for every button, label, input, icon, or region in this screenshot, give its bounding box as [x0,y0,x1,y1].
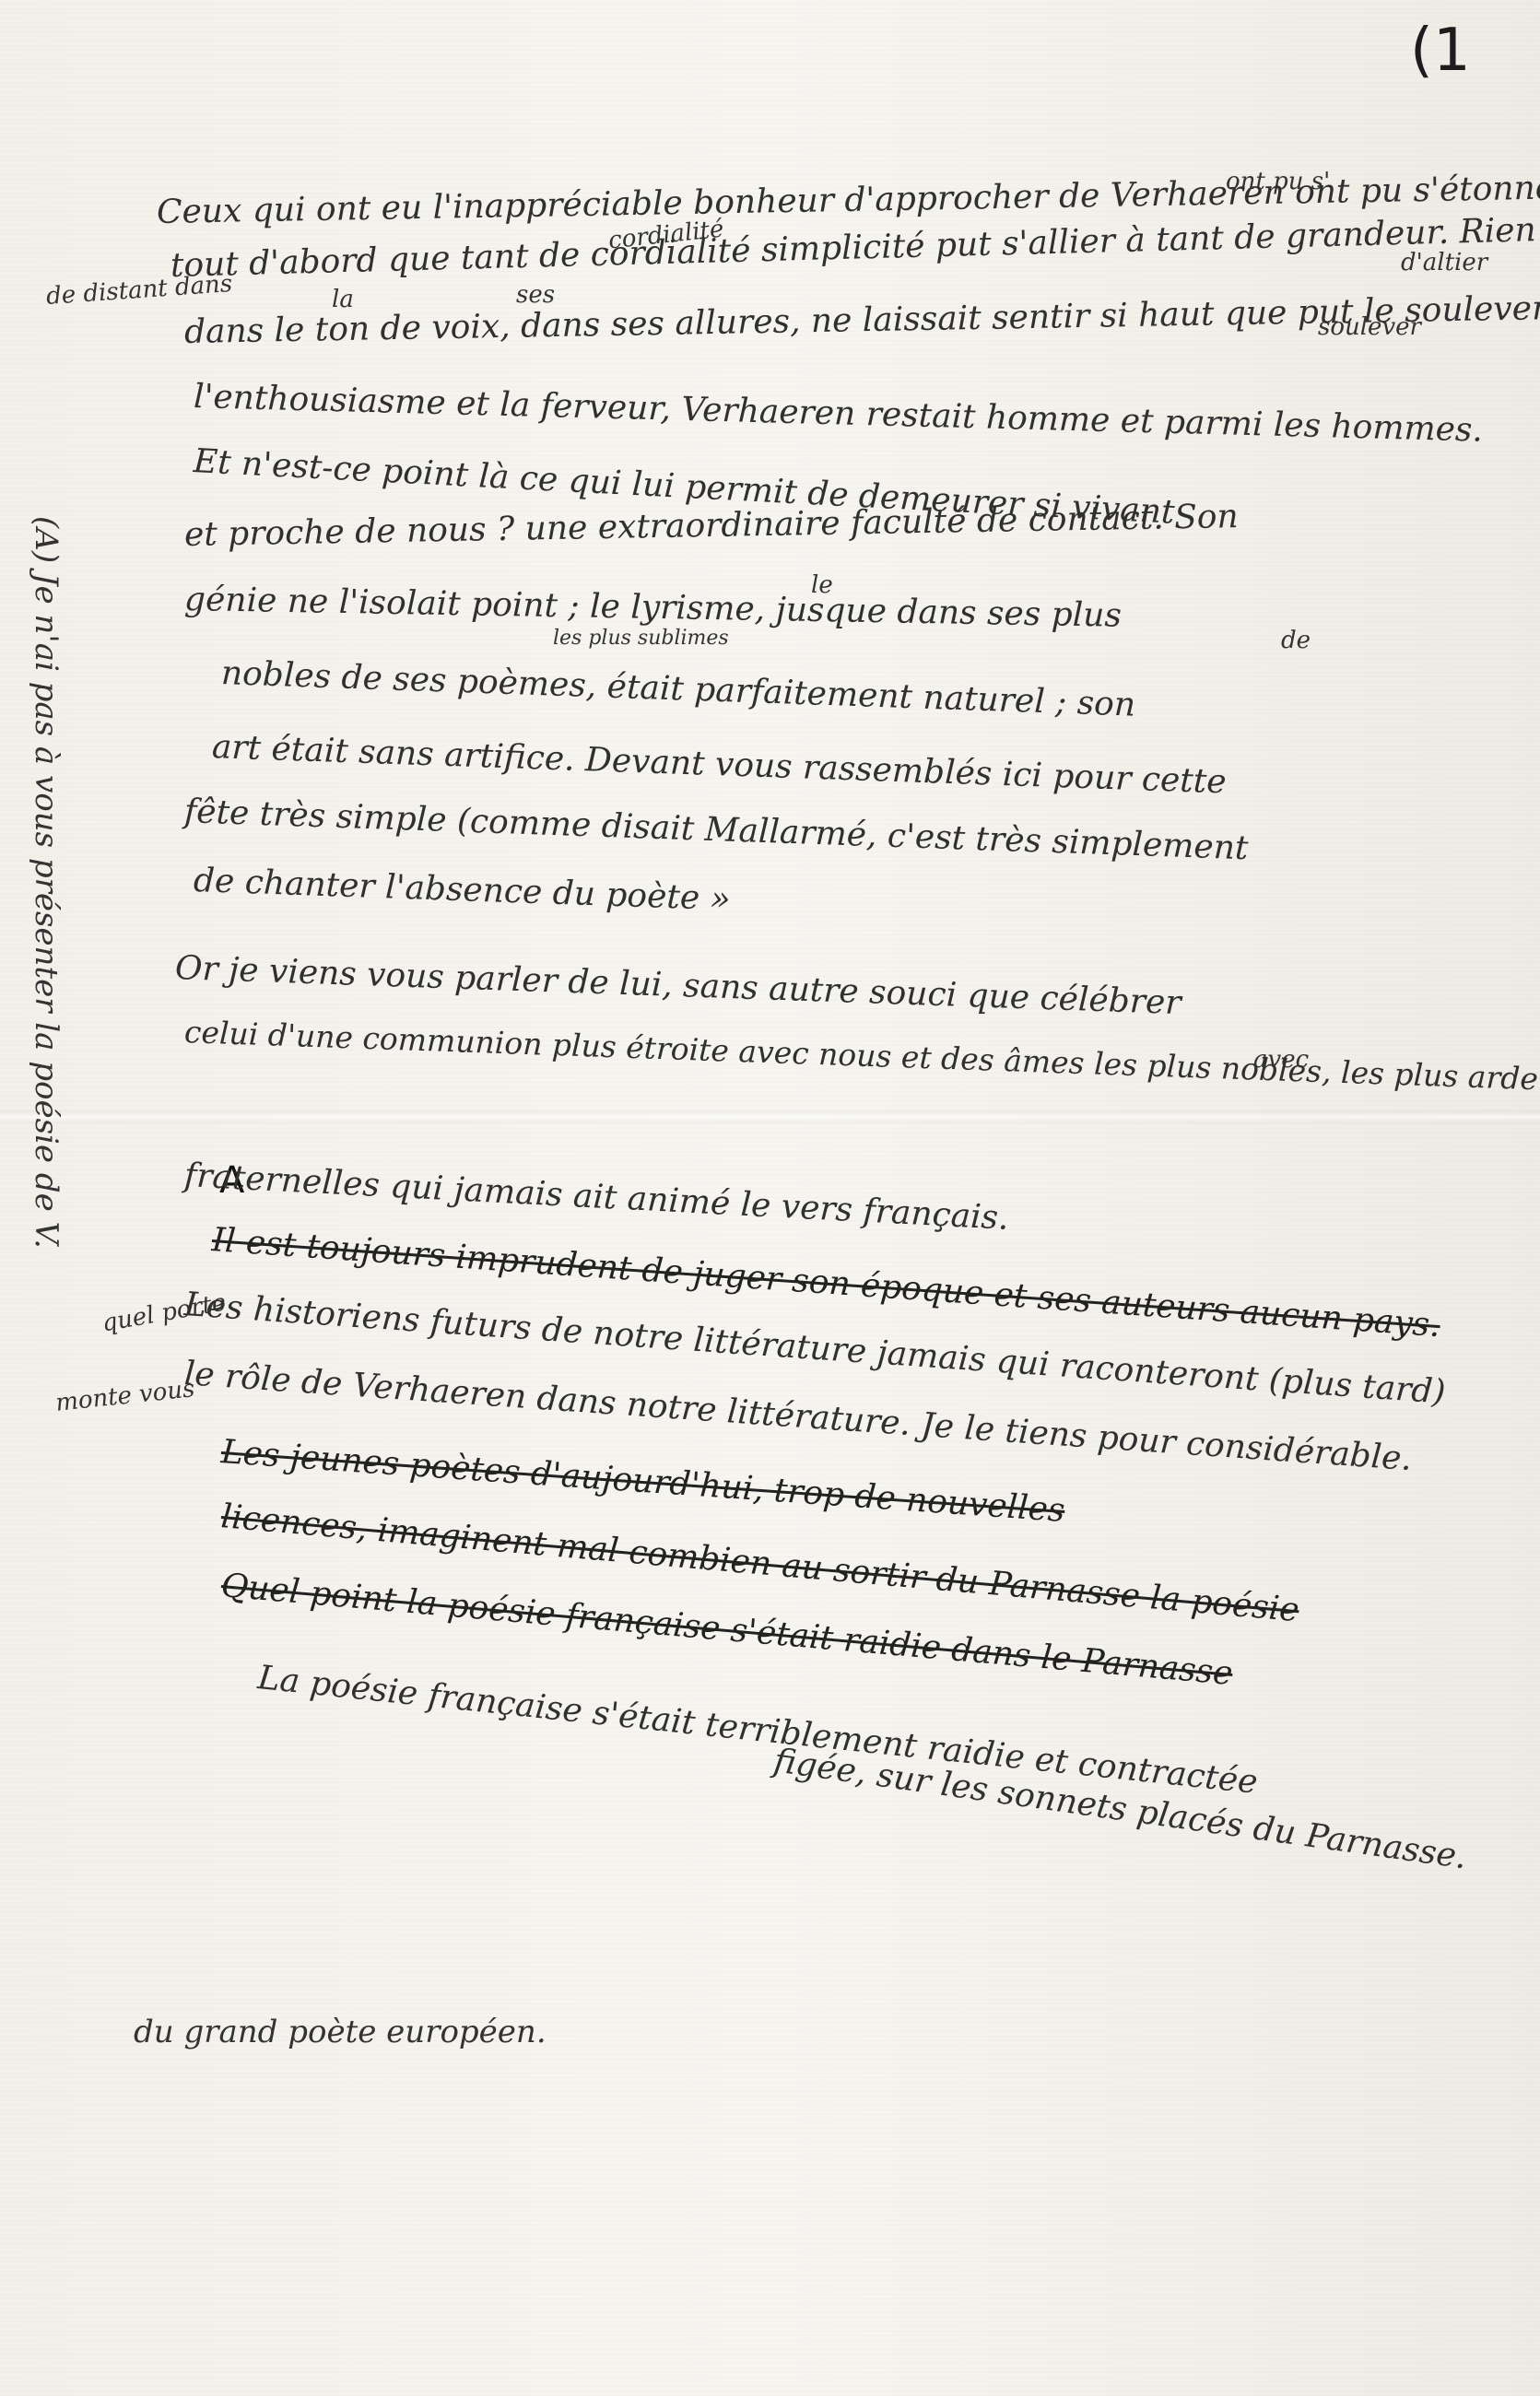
interlinear-insertion: d'altier [1401,249,1487,276]
page-number-value: 1 [1433,17,1471,85]
page-number: (1 [1410,17,1471,85]
interlinear-insertion: la [332,286,354,313]
footer-line: du grand poète européen. [134,2014,547,2050]
interlinear-insertion: ses [516,281,555,309]
interlinear-insertion: de [1281,627,1311,654]
paper-fold [0,1110,1540,1123]
margin-note: (A) Je n'ai pas à vous présenter la poés… [28,516,65,1249]
interlinear-insertion: les plus sublimes [553,627,729,650]
